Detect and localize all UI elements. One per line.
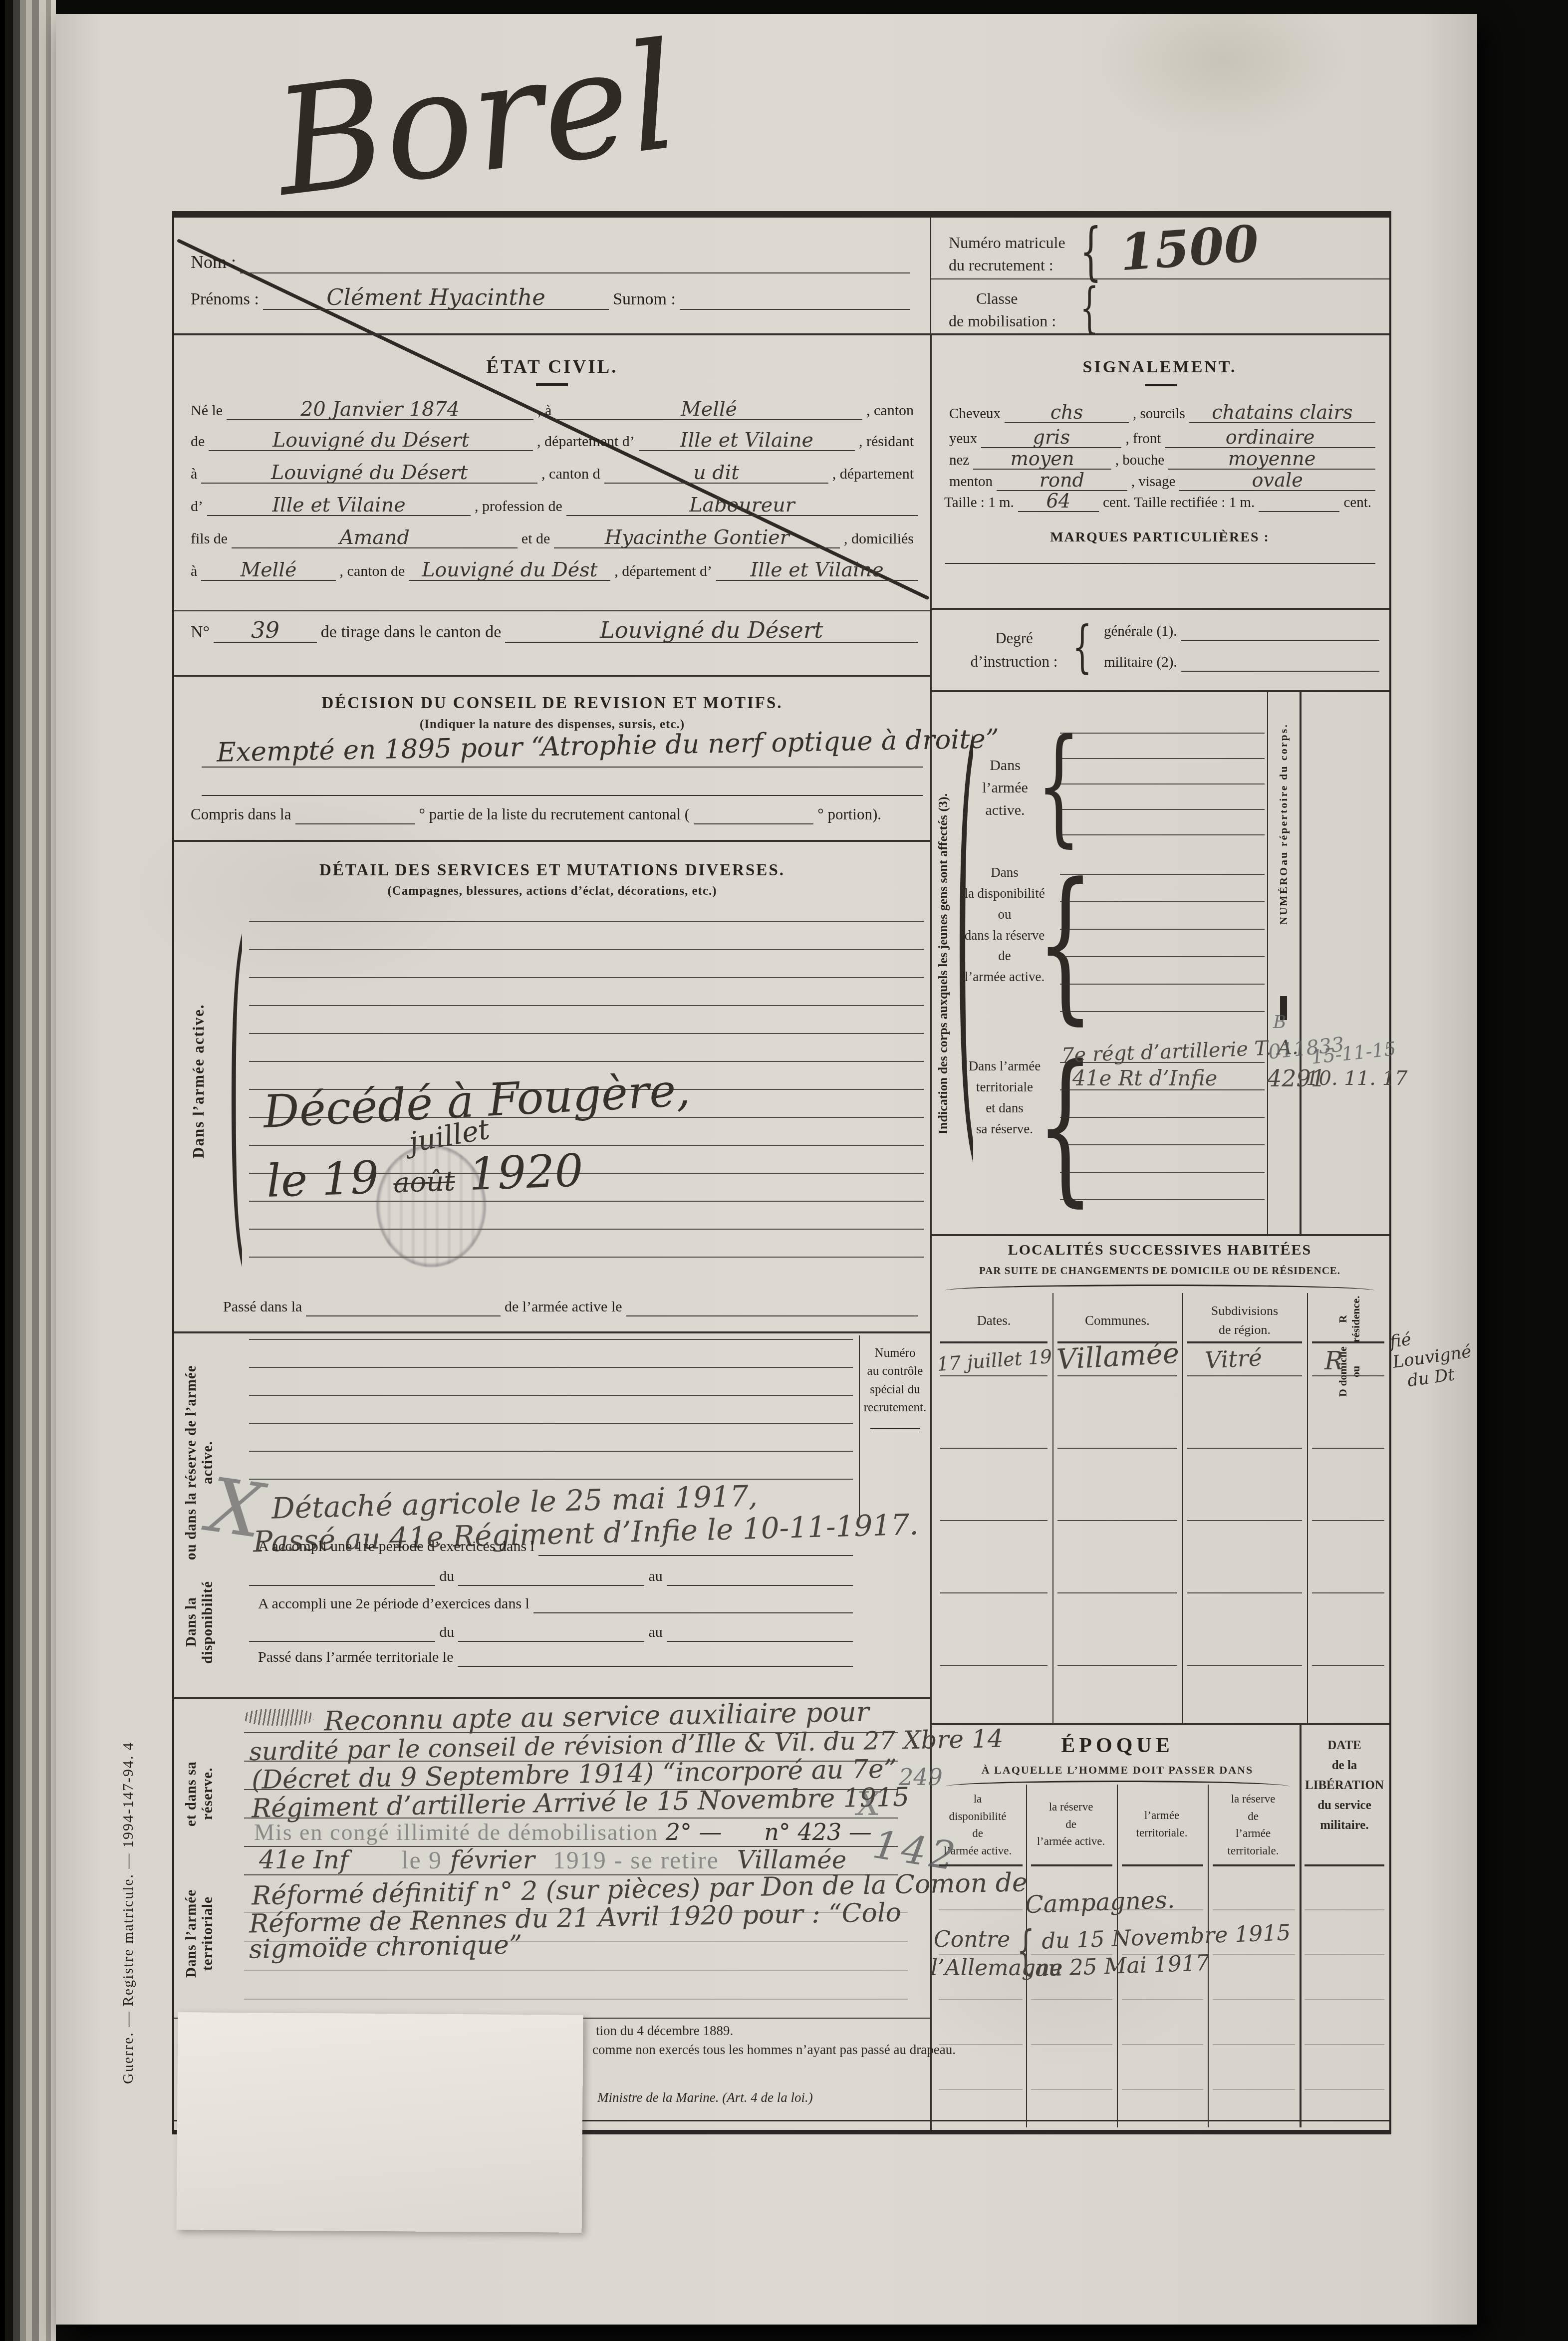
printed-label: yeux [945, 431, 981, 448]
periode2-line: A accompli une 2e période d’exercices da… [254, 1592, 853, 1613]
localites-row-date: 17 juillet 19 [936, 1345, 1053, 1375]
ruled-line [1122, 1999, 1203, 2000]
text-line: disponibilité [933, 1808, 1023, 1825]
epoque-header-rule [1031, 1864, 1112, 1866]
printed-label: au [644, 1568, 666, 1586]
h6-commune: Villamée [727, 1845, 847, 1874]
struck-word-scribble [244, 1709, 314, 1726]
handwritten-value: Clément Hyacinthe [263, 286, 609, 310]
signalement-row: mentonrond, visageovale [945, 469, 1375, 491]
corps-row2-date: 10. 11. 17 [1306, 1067, 1408, 1090]
text-line: DATE [1303, 1736, 1386, 1756]
numero-col-right-line [1300, 690, 1302, 1234]
passe-territoriale-line: Passé dans l’armée territoriale le [254, 1646, 853, 1667]
handwritten-value: rond [997, 471, 1127, 491]
matricule-label-line1: Numéro matricule [949, 232, 1065, 254]
epoque-subtitle: À LAQUELLE L’HOMME DOIT PASSER DANS [935, 1764, 1300, 1777]
blank-underline [306, 1313, 501, 1316]
epoque-col3-header: l’arméeterritoriale. [1119, 1807, 1204, 1841]
printed-label: , département [828, 466, 918, 484]
text-line: territoriale. [1210, 1842, 1296, 1860]
services-title: DÉTAIL DES SERVICES ET MUTATIONS DIVERSE… [174, 861, 930, 880]
blank-underline [240, 270, 910, 273]
text-line: spécial du [860, 1381, 930, 1399]
ruled-line [1060, 1144, 1265, 1145]
signalement-title: SIGNALEMENT. [930, 358, 1389, 377]
territoriale-hand-6: 41e Inf le 9 février 1919 - se retire Vi… [259, 1845, 846, 1874]
ruled-line [1187, 1665, 1302, 1666]
ruled-line [249, 1451, 853, 1452]
ruled-line [1060, 956, 1265, 957]
blank-underline [249, 1639, 435, 1642]
header-divider [930, 218, 931, 333]
ruled-line [1213, 2089, 1295, 2090]
text-line: l’armée active. [933, 1842, 1023, 1860]
localites-row-commune: Villamée [1055, 1337, 1180, 1376]
ruled-line [1057, 1665, 1177, 1666]
printed-label: du [435, 1624, 458, 1642]
epoque-date-header: DATEde laLIBÉRATIONdu servicemilitaire. [1303, 1736, 1386, 1835]
text-line: la [933, 1791, 1023, 1808]
tirage-line: N°39de tirage dans le canton deLouvigné … [187, 617, 918, 643]
ruled-line [249, 1145, 924, 1146]
printed-label: générale (1). [1100, 623, 1181, 641]
ruled-line [1060, 809, 1265, 810]
numero-controle-underline [870, 1428, 920, 1429]
signalement-row: nezmoyen, bouchemoyenne [945, 448, 1375, 470]
text-line: Subdivisions [1182, 1301, 1307, 1320]
text-line: dans la réserve [962, 925, 1047, 946]
printed-label: du [435, 1568, 458, 1586]
blank-underline [533, 1610, 853, 1613]
ruled-line [1060, 929, 1265, 930]
blank-underline [680, 307, 910, 310]
localites-subtitle: PAR SUITE DE CHANGEMENTS DE DOMICILE OU … [930, 1265, 1389, 1277]
handwritten-value: ordinaire [1165, 428, 1375, 448]
ruled-line [939, 2044, 1023, 2045]
text-line: l’armée [1119, 1807, 1204, 1824]
epoque-header-rule [1122, 1864, 1203, 1866]
text-line: la réserve [1029, 1799, 1113, 1816]
signalement-row: yeuxgris, frontordinaire [945, 426, 1375, 448]
printed-label: ° partie de la liste du recrutement cant… [415, 805, 694, 824]
handwritten-value: Ille et Vilaine [716, 560, 918, 581]
text-line: la disponibilité [962, 883, 1047, 904]
printed-label: menton [945, 474, 997, 491]
epoque-col2-header: la réservedel’armée active. [1029, 1799, 1113, 1850]
h6-stamp-le9: le 9 [356, 1846, 442, 1874]
marques-title: MARQUES PARTICULIÈRES : [930, 529, 1389, 545]
localites-col-divider [1182, 1293, 1183, 1723]
text-line: Dans l’armée [962, 1056, 1047, 1077]
ruled-line [1031, 1999, 1112, 2000]
h6-regiment: 41e Inf [259, 1845, 349, 1874]
text-line: NUMÉRO [1276, 865, 1291, 924]
text-line: Dans [965, 754, 1045, 777]
handwritten-value: 20 Janvier 1874 [227, 399, 533, 420]
matricule-value: 1500 [1118, 214, 1261, 282]
classe-label-line2: de mobilisation : [949, 310, 1056, 332]
etat-civil-line: fils deAmandet deHyacinthe Gontier, domi… [187, 524, 918, 548]
corps-group3-label: Dans l’arméeterritorialeet danssa réserv… [962, 1056, 1047, 1139]
handwritten-value: Louvigné du Désert [505, 619, 918, 643]
text-line: de [1210, 1808, 1296, 1825]
ruled-line [940, 1592, 1047, 1593]
handwritten-value: Louvigné du Désert [209, 430, 533, 451]
text-line: Numéro [860, 1344, 930, 1362]
printed-label: , profession de [471, 498, 566, 516]
ruled-line [249, 1479, 853, 1480]
demob-hand-numero: n° 423 — [729, 1819, 872, 1845]
etat-civil-line: d’Ille et Vilaine, profession deLaboureu… [187, 492, 918, 516]
printed-label: A accompli une 1re période d’exercices d… [254, 1538, 538, 1556]
text-line: recrutement. [860, 1399, 930, 1417]
etat-civil-line: Né le20 Janvier 1874, àMellé, canton [187, 396, 918, 420]
printed-label: N° [187, 623, 214, 643]
blank-underline [458, 1583, 644, 1586]
ruled-line [1057, 1520, 1177, 1521]
numero-controle-box: Numéroau contrôlespécial durecrutement. [859, 1335, 930, 1519]
ruled-line [1213, 1954, 1295, 1955]
ruled-line [940, 1520, 1047, 1521]
handwritten-value: ovale [1179, 471, 1375, 491]
blank-underline [694, 821, 813, 824]
ruled-line [1312, 1520, 1384, 1521]
ruled-line [1305, 2089, 1384, 2090]
printed-label: nez [945, 452, 973, 470]
signalement-row: Cheveuxchs, sourcilschatains clairs [945, 401, 1375, 423]
header-bottom-rule [174, 333, 1389, 335]
text-line: de région. [1182, 1320, 1307, 1339]
ruled-line [1031, 2044, 1112, 2045]
printed-label: Nom : [187, 252, 240, 273]
section-rule [930, 1234, 1389, 1236]
ruled-line [1060, 984, 1265, 985]
printed-label: , domiciliés [840, 530, 918, 548]
ruled-line [1187, 1448, 1302, 1449]
blank-underline [626, 1313, 918, 1316]
text-line: de [1029, 1816, 1113, 1833]
text-line: l’armée active. [962, 967, 1047, 988]
handwritten-value: Ille et Vilaine [639, 430, 855, 451]
ruled-line [244, 1970, 908, 1971]
ruled-line [1312, 1592, 1384, 1593]
text-line: territoriale. [1119, 1824, 1204, 1842]
section-rule [174, 610, 930, 611]
localites-header-rule [940, 1341, 1047, 1343]
matricule-label: Numéro matricule du recrutement : [949, 232, 1065, 276]
periode1-line: A accompli une 1re période d’exercices d… [254, 1535, 853, 1556]
handwritten-value: u dit [604, 463, 828, 484]
ruled-line [1305, 1954, 1384, 1955]
ruled-line [1060, 901, 1265, 902]
localites-header-rule [1187, 1341, 1302, 1343]
classe-label-line1: Classe [949, 287, 1056, 310]
ruled-line [1305, 1999, 1384, 2000]
localites-margin-note: fié Louvigné du Dt [1388, 1319, 1491, 1393]
text-line: ou [962, 904, 1047, 925]
instruction-militaire-line: militaire (2). [1100, 652, 1379, 672]
marques-underline [945, 563, 1375, 564]
round-stamp [376, 1145, 486, 1267]
form-frame: Nom : Prénoms :Clément HyacintheSurnom :… [172, 211, 1391, 2134]
matricule-classe-divider [930, 278, 1389, 279]
text-line: et dans sa réserve. [182, 1735, 217, 1853]
printed-label: Taille : 1 m. [940, 495, 1018, 512]
localites-col-divider [1052, 1293, 1053, 1723]
localites-col-divider [1307, 1293, 1308, 1723]
text-line: l’armée [1210, 1825, 1296, 1842]
handwritten-value: Mellé [201, 560, 335, 581]
ruled-line [939, 1999, 1023, 2000]
demob-hand-echelon: 2° — [666, 1819, 722, 1845]
printed-label: , département d’ [533, 433, 639, 451]
section-rule [174, 675, 930, 677]
handwritten-value: Ille et Vilaine [207, 495, 471, 516]
ruled-line [1187, 1592, 1302, 1593]
text-line: au contrôle [860, 1362, 930, 1380]
etat-civil-tick [536, 383, 568, 386]
section-rule [930, 1723, 1389, 1725]
printed-label: Passé dans l’armée territoriale le [254, 1649, 458, 1667]
instruction-brace: { [1072, 619, 1092, 675]
printed-label: , résidant [855, 433, 918, 451]
epoque-header-rule [1305, 1864, 1384, 1866]
printed-label: cent. [1339, 495, 1375, 512]
handwritten-value: Hyacinthe Gontier [554, 527, 840, 548]
localites-header-rule [1312, 1341, 1384, 1343]
printed-label: , visage [1127, 474, 1180, 491]
campagnes-brace: { [1017, 1924, 1035, 1977]
corps-side-label: Indication des corps auxquels les jeunes… [932, 697, 955, 1231]
deces-date-pre: le 19 [265, 1151, 380, 1208]
blank-underline [458, 1664, 853, 1667]
footnote-frag-3: Ministre de la Marine. (Art. 4 de la loi… [597, 2090, 813, 2105]
ruled-line [1213, 1999, 1295, 2000]
printed-label: Compris dans la [187, 805, 295, 824]
ruled-line [1060, 1117, 1265, 1118]
blank-underline [538, 1553, 853, 1556]
ruled-line [249, 1257, 924, 1258]
instruction-label: Degré d’instruction : [962, 627, 1066, 673]
ruled-line [249, 1367, 853, 1368]
localites-row-dr: R [1324, 1346, 1343, 1375]
campagnes-date1: du 15 Novembre 1915 [1041, 1920, 1291, 1954]
ruled-line [1312, 1665, 1384, 1666]
printed-label: à [187, 563, 201, 581]
handwritten-value: chs [1005, 403, 1129, 423]
printed-label: cent. Taille rectifiée : 1 m. [1099, 495, 1259, 512]
printed-label: de tirage dans le canton de [317, 623, 506, 643]
text-line: Dans [962, 862, 1047, 883]
ruled-line [1312, 1448, 1384, 1449]
handwritten-value: 39 [214, 619, 317, 643]
text-line: l’armée active. [1029, 1833, 1113, 1850]
text-line: sa réserve. [962, 1119, 1047, 1140]
ruled-line [249, 1229, 924, 1230]
localites-row-subdiv: Vitré [1204, 1344, 1263, 1374]
matricule-label-line2: du recrutement : [949, 254, 1065, 276]
text-line: R résidence. [1335, 1295, 1363, 1344]
numero-repertoire-label: NUMÉROau répertoire du corps. [1269, 717, 1298, 931]
text-line: de la [1303, 1756, 1386, 1776]
services-subtitle: (Campagnes, blessures, actions d’éclat, … [174, 884, 930, 898]
localites-col-dates: Dates. [935, 1313, 1052, 1328]
handwritten-value: moyenne [1168, 449, 1375, 470]
text-line: l’armée active. [965, 777, 1045, 821]
ruled-line [249, 921, 924, 922]
printed-label: , sourcils [1129, 406, 1189, 423]
corps-row1-num-sup: B [1273, 1012, 1286, 1033]
ruled-line [1122, 2089, 1203, 2090]
ruled-line [1213, 1909, 1295, 1910]
ruled-line [1060, 1011, 1265, 1012]
handwritten-value: gris [981, 428, 1121, 448]
territoriale-hand-5: Mis en congé illimité de démobilisation … [254, 1819, 872, 1845]
ruled-line [1312, 1375, 1384, 1376]
printed-label: Surnom : [609, 290, 680, 310]
epoque-title: ÉPOQUE [935, 1734, 1300, 1758]
decision-title: DÉCISION DU CONSEIL DE REVISION ET MOTIF… [174, 694, 930, 713]
printed-label: à [187, 466, 201, 484]
ruled-line [1187, 1520, 1302, 1521]
ruled-line [249, 1395, 853, 1396]
campagnes-hand-title: Campagnes. [1025, 1886, 1175, 1919]
handwritten-value: Laboureur [566, 495, 918, 516]
ruled-line [244, 1999, 908, 2000]
ruled-line [1057, 1448, 1177, 1449]
printed-label: , canton [862, 402, 918, 420]
blank-underline [1259, 509, 1339, 512]
ruled-line [249, 1033, 924, 1034]
h6-month: février [450, 1845, 535, 1874]
ruled-line [1060, 1199, 1265, 1200]
ruled-line [939, 2089, 1023, 2090]
periode1-duau-line: duau [249, 1565, 853, 1586]
ruled-line [249, 1005, 924, 1006]
text-line: territoriale [962, 1077, 1047, 1098]
text-line: Dans la disponibilité [182, 1564, 217, 1680]
printed-label: Prénoms : [187, 290, 263, 310]
services-brace: ( [228, 902, 245, 1267]
ruled-line [1305, 1909, 1384, 1910]
text-line: militaire. [1303, 1816, 1386, 1835]
localites-brace-squiggle [945, 1285, 1374, 1291]
ruled-line [249, 977, 924, 978]
printed-label: militaire (2). [1100, 654, 1181, 672]
numero-col-left-line [1267, 690, 1268, 1234]
spine-imprint: Guerre. — Registre matricule. — 1994-147… [113, 1601, 143, 2225]
text-line: Dans l’armée territoriale [182, 1853, 217, 2014]
corps-row2-regiment: 41e Rt d’Infie [1072, 1066, 1217, 1090]
decision-underline [202, 795, 923, 796]
ruled-line [939, 1909, 1023, 1910]
printed-label: Cheveux [945, 406, 1005, 423]
ruled-line [1122, 2044, 1203, 2045]
printed-label: , à [533, 402, 555, 420]
ruled-line [1060, 758, 1265, 759]
blank-underline [249, 1583, 435, 1586]
localites-col-communes: Communes. [1052, 1313, 1182, 1328]
instruction-label-line1: Degré [962, 627, 1066, 650]
section-rule [930, 690, 1389, 692]
ruled-line [249, 1061, 924, 1062]
blank-underline [458, 1639, 644, 1642]
printed-label: A accompli une 2e période d’exercices da… [254, 1595, 533, 1613]
ruled-line [1060, 1172, 1265, 1173]
signalement-taille-row: Taille : 1 m.64cent. Taille rectifiée : … [940, 490, 1375, 512]
printed-label: , canton d [537, 466, 604, 484]
nom-field: Nom : [187, 248, 910, 273]
printed-label: d’ [187, 498, 207, 516]
section-rule [174, 1331, 930, 1333]
handwritten-value: Louvigné du Dést [409, 560, 610, 581]
services-side-label: Dans l’armée active. [183, 941, 214, 1221]
ruled-line [1060, 783, 1265, 784]
ruled-line [249, 1423, 853, 1424]
handwritten-value: Louvigné du Désert [201, 463, 537, 484]
printed-label: au [644, 1624, 666, 1642]
epoque-header-rule [1213, 1864, 1295, 1866]
corps-group2-brace: { [1037, 861, 1094, 1026]
text-line: LIBÉRATION [1303, 1776, 1386, 1796]
etat-civil-line: deLouvigné du Désert, département d’Ille… [187, 427, 918, 451]
localites-title: LOCALITÉS SUCCESSIVES HABITÉES [930, 1242, 1389, 1259]
printed-label: ° portion). [813, 805, 885, 824]
classe-label: Classe de mobilisation : [949, 287, 1056, 332]
signalement-tick [1145, 384, 1177, 386]
footnote-frag-1: tion du 4 décembre 1889. [596, 2023, 733, 2039]
etat-civil-line: àMellé, canton deLouvigné du Dést, dépar… [187, 557, 918, 581]
blank-underline [1181, 638, 1379, 641]
blank-underline [667, 1639, 853, 1642]
ruled-line [1031, 2089, 1112, 2090]
footnote-frag-2: comme non exercés tous les hommes n’ayan… [592, 2042, 956, 2058]
ruled-line [940, 1375, 1047, 1376]
surname-signature: Borel [266, 10, 686, 229]
campagnes-date2: au 25 Mai 1917 [1035, 1950, 1210, 1982]
text-line: au répertoire du corps. [1276, 723, 1291, 865]
epoque-header-rule [939, 1864, 1023, 1866]
printed-label: et de [518, 530, 554, 548]
text-line: de [933, 1825, 1023, 1842]
matricule-brace: { [1080, 221, 1102, 283]
epoque-date-divider [1300, 1725, 1302, 2127]
localites-col-subdiv: Subdivisionsde région. [1182, 1301, 1307, 1339]
corps-group2-label: Dansla disponibilitéoudans la réservedel… [962, 862, 1047, 988]
deces-year: 1920 [468, 1144, 584, 1201]
etat-civil-line: àLouvigné du Désert, canton du dit, dépa… [187, 460, 918, 484]
ruled-line [1060, 733, 1265, 734]
ruled-line [249, 949, 924, 950]
blank-underline [1181, 669, 1379, 672]
handwritten-value: Amand [232, 527, 518, 548]
printed-label: , front [1121, 431, 1165, 448]
section-rule [930, 608, 1389, 610]
handwritten-value: moyen [973, 449, 1111, 470]
instruction-label-line2: d’instruction : [962, 650, 1066, 674]
epoque-col1-header: ladisponibilitédel’armée active. [933, 1791, 1023, 1859]
epoque-col4-header: la réservedel’arméeterritoriale. [1210, 1791, 1296, 1859]
text-line: du service [1303, 1796, 1386, 1816]
handwritten-value: 64 [1018, 492, 1099, 512]
compris-line: Compris dans la° partie de la liste du r… [187, 802, 885, 824]
instruction-generale-line: générale (1). [1100, 621, 1379, 641]
ruled-line [249, 1339, 853, 1340]
printed-label: , bouche [1111, 452, 1168, 470]
classe-brace: { [1080, 281, 1099, 335]
printed-label: de l’armée active le [501, 1299, 626, 1316]
